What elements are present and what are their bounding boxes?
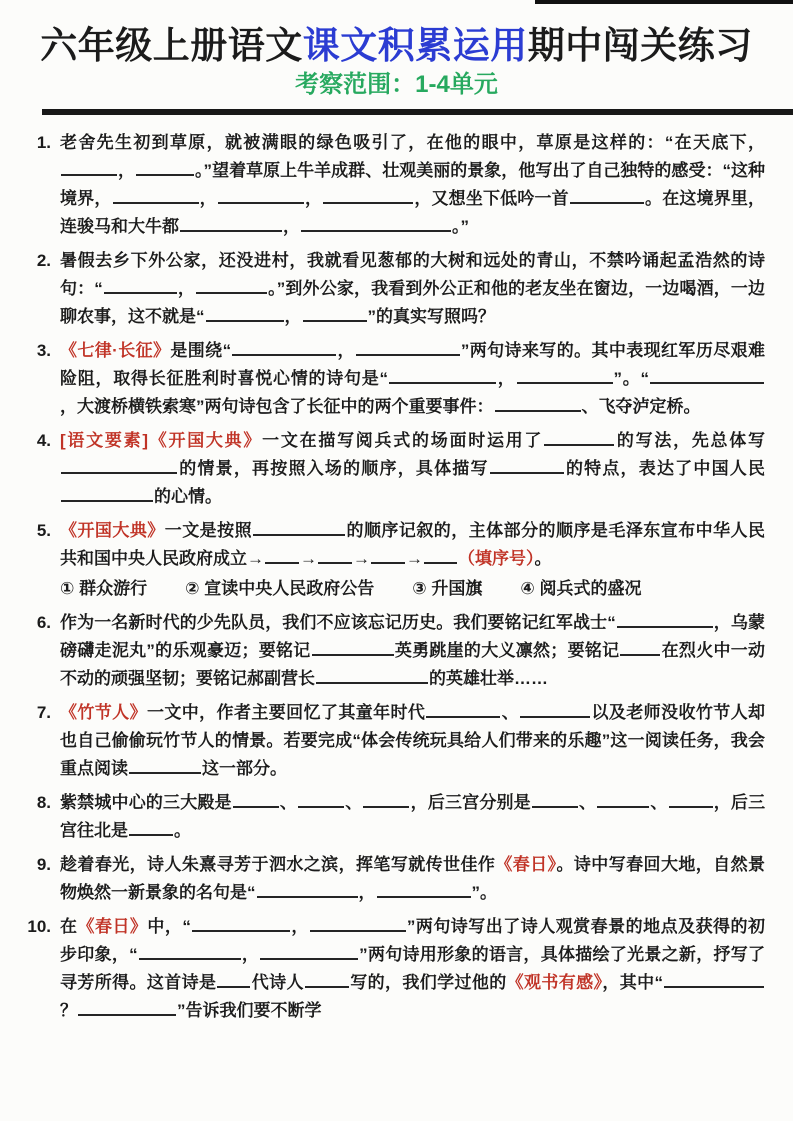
question-text: ？ [60, 1001, 77, 1020]
question-item: 3.《七律·长征》是围绕“，”两句诗来写的。其中表现红军历尽艰难险阻，取得长征胜… [24, 337, 765, 421]
question-text: ，其中“ [602, 973, 663, 992]
title-part1: 六年级上册语文 [40, 25, 303, 66]
blank-line [377, 883, 471, 898]
blank-line [305, 973, 349, 988]
question-number: 9. [24, 851, 60, 879]
question-item: 9.趁着春光，诗人朱熹寻芳于泗水之滨，挥笔写就传世佳作《春日》。诗中写春回大地，… [24, 851, 765, 907]
question-number: 7. [24, 699, 60, 727]
blank-line [196, 279, 267, 294]
blank-line [495, 397, 581, 412]
question-text: 的英雄壮举…… [429, 669, 548, 688]
option-item: ④ 阅兵式的盛况 [520, 575, 641, 603]
blank-line [532, 793, 578, 808]
blank-line [363, 793, 409, 808]
scan-artifact-line [535, 0, 793, 4]
question-text: → [353, 549, 370, 568]
question-text: 、飞夺泸定桥。 [582, 397, 701, 416]
question-text: ，又想坐下低吟一首 [414, 189, 569, 208]
question-text: ， [242, 945, 260, 964]
blank-line [129, 759, 201, 774]
question-text: 在 [60, 917, 77, 936]
question-body: 在《春日》中，“，”两句诗写出了诗人观赏春景的地点及获得的初步印象，“，”两句诗… [60, 913, 765, 1025]
blank-line [650, 369, 764, 384]
question-text: ， [118, 161, 135, 180]
question-text: 《春日》 [495, 855, 556, 874]
question-text: 这一部分。 [202, 759, 287, 778]
question-text: 《开国大典》 [60, 521, 165, 540]
question-text: 作为一名新时代的少先队员，我们不应该忘记历史。我们要铭记红军战士“ [60, 613, 616, 632]
blank-line [316, 669, 428, 684]
option-item: ① 群众游行 [60, 575, 147, 603]
blank-line [218, 189, 304, 204]
blank-line [544, 431, 614, 446]
question-text: 是围绕“ [170, 341, 231, 360]
question-number: 1. [24, 129, 60, 157]
blank-line [424, 549, 457, 564]
question-text: ， [200, 189, 217, 208]
question-text: ， [283, 217, 300, 236]
blank-line [310, 917, 406, 932]
worksheet-page: 六年级上册语文课文积累运用期中闯关练习 考察范围：1-4单元 1.老舍先生初到草… [0, 0, 793, 1121]
question-item: 2.暑假去乡下外公家，还没进村，我就看见葱郁的大树和远处的青山，不禁吟诵起孟浩然… [24, 247, 765, 331]
blank-line [136, 161, 194, 176]
blank-line [323, 189, 413, 204]
blank-line [570, 189, 644, 204]
blank-line [389, 369, 496, 384]
question-body: 《七律·长征》是围绕“，”两句诗来写的。其中表现红军历尽艰难险阻，取得长征胜利时… [60, 337, 765, 421]
blank-line [104, 279, 177, 294]
question-text: 、 [345, 793, 362, 812]
blank-line [232, 341, 336, 356]
blank-line [318, 549, 352, 564]
question-item: 7.《竹节人》一文中，作者主要回忆了其童年时代、以及老师没收竹节人却也自己偷偷玩… [24, 699, 765, 783]
question-text: 《竹节人》 [60, 703, 147, 722]
blank-line [265, 549, 299, 564]
blank-line [192, 917, 290, 932]
question-body: 作为一名新时代的少先队员，我们不应该忘记历史。我们要铭记红军战士“，乌蒙磅礴走泥… [60, 609, 765, 693]
blank-line [426, 703, 500, 718]
option-item: ③ 升国旗 [412, 575, 482, 603]
question-text: 、 [650, 793, 667, 812]
question-body: 暑假去乡下外公家，还没进村，我就看见葱郁的大树和远处的青山，不禁吟诵起孟浩然的诗… [60, 247, 765, 331]
question-text: → [406, 549, 423, 568]
question-text: 《观书有感》 [507, 973, 603, 992]
question-item: 5.《开国大典》一文是按照的顺序记叙的，主体部分的顺序是毛泽东宣布中华人民共和国… [24, 517, 765, 603]
question-number: 3. [24, 337, 60, 365]
question-number: 4. [24, 427, 60, 455]
question-text: 紫禁城中心的三大殿是 [60, 793, 232, 812]
blank-line [253, 521, 345, 536]
blank-line [129, 821, 173, 836]
question-text: ， [359, 883, 376, 902]
question-text: 。” [452, 217, 469, 236]
blank-line [180, 217, 282, 232]
question-text: 。 [174, 821, 191, 840]
title-highlight: 课文积累运用 [303, 25, 528, 66]
question-text: ”的真实写照吗？ [368, 307, 496, 326]
question-text: ， [285, 307, 302, 326]
question-item: 1.老舍先生初到草原，就被满眼的绿色吸引了，在他的眼中，草原是这样的：“在天底下… [24, 129, 765, 241]
question-body: [语文要素]《开国大典》一文在描写阅兵式的场面时运用了的写法，先总体写的情景，再… [60, 427, 765, 511]
question-text: 写的，我们学过他的 [350, 973, 507, 992]
blank-line [490, 459, 564, 474]
question-text: 的特点，表达了中国人民 [565, 459, 765, 478]
question-text: 中，“ [147, 917, 190, 936]
question-number: 8. [24, 789, 60, 817]
blank-line [620, 641, 660, 656]
question-text: 。 [535, 549, 552, 568]
question-text: 、 [280, 793, 297, 812]
question-text: 、 [579, 793, 596, 812]
question-text: ，后三宫分别是 [410, 793, 530, 812]
question-body: 老舍先生初到草原，就被满眼的绿色吸引了，在他的眼中，草原是这样的：“在天底下，，… [60, 129, 765, 241]
question-text: 一文中，作者主要回忆了其童年时代 [147, 703, 425, 722]
subtitle: 考察范围：1-4单元 [0, 71, 793, 100]
question-number: 2. [24, 247, 60, 275]
question-text: ， [337, 341, 355, 360]
question-number: 5. [24, 517, 60, 545]
blank-line [298, 793, 344, 808]
option-item: ② 宣读中央人民政府公告 [185, 575, 374, 603]
question-text: ， [497, 369, 516, 388]
question-text: 老舍先生初到草原，就被满眼的绿色吸引了，在他的眼中，草原是这样的：“在天底下， [60, 133, 765, 152]
question-text: ， [291, 917, 309, 936]
question-list: 1.老舍先生初到草原，就被满眼的绿色吸引了，在他的眼中，草原是这样的：“在天底下… [0, 115, 793, 1025]
question-item: 10.在《春日》中，“，”两句诗写出了诗人观赏春景的地点及获得的初步印象，“，”… [24, 913, 765, 1025]
question-text: 一文在描写阅兵式的场面时运用了 [262, 431, 543, 450]
blank-line [520, 703, 590, 718]
question-text: 英勇跳崖的大义凛然；要铭记 [395, 641, 620, 660]
question-text: 代诗人 [251, 973, 304, 992]
blank-line [303, 307, 367, 322]
blank-line [61, 459, 177, 474]
blank-line [217, 973, 250, 988]
question-text: 《春日》 [77, 917, 147, 936]
question-text: ，大渡桥横铁索寒”两句诗包含了长征中的两个重要事件： [60, 397, 494, 416]
blank-line [597, 793, 649, 808]
question-number: 6. [24, 609, 60, 637]
question-text: 的写法，先总体写 [615, 431, 765, 450]
question-item: 6.作为一名新时代的少先队员，我们不应该忘记历史。我们要铭记红军战士“，乌蒙磅礴… [24, 609, 765, 693]
question-text: 《开国大典》 [148, 431, 262, 450]
blank-line [78, 1001, 176, 1016]
blank-line [301, 217, 451, 232]
question-item: 8.紫禁城中心的三大殿是、、，后三宫分别是、、，后三宫往北是。 [24, 789, 765, 845]
blank-line [312, 641, 394, 656]
question-text: ”告诉我们要不断学 [177, 1001, 322, 1020]
blank-line [113, 189, 199, 204]
question-body: 趁着春光，诗人朱熹寻芳于泗水之滨，挥笔写就传世佳作《春日》。诗中写春回大地，自然… [60, 851, 765, 907]
question-text: ， [305, 189, 322, 208]
blank-line [371, 549, 405, 564]
question-body: 紫禁城中心的三大殿是、、，后三宫分别是、、，后三宫往北是。 [60, 789, 765, 845]
blank-line [260, 945, 358, 960]
question-text: （填序号） [458, 549, 535, 568]
blank-line [664, 973, 764, 988]
question-text: ”。“ [614, 369, 650, 388]
question-text: 的心情。 [154, 487, 222, 506]
question-body: 《竹节人》一文中，作者主要回忆了其童年时代、以及老师没收竹节人却也自己偷偷玩竹节… [60, 699, 765, 783]
options-row: ① 群众游行② 宣读中央人民政府公告③ 升国旗④ 阅兵式的盛况 [60, 575, 765, 603]
page-title: 六年级上册语文课文积累运用期中闯关练习 [0, 24, 793, 68]
question-text: 、 [501, 703, 519, 722]
blank-line [61, 487, 153, 502]
question-text: 《七律·长征》 [60, 341, 170, 360]
title-part2: 期中闯关练习 [528, 25, 753, 66]
question-text: ， [178, 279, 195, 298]
question-text: 的情景，再按照入场的顺序，具体描写 [178, 459, 489, 478]
question-text: ”。 [472, 883, 498, 902]
blank-line [233, 793, 279, 808]
blank-line [517, 369, 613, 384]
blank-line [61, 161, 117, 176]
blank-line [257, 883, 358, 898]
worksheet-header: 六年级上册语文课文积累运用期中闯关练习 考察范围：1-4单元 [0, 0, 793, 100]
question-text: 一文是按照 [165, 521, 252, 540]
question-number: 10. [24, 913, 60, 941]
blank-line [139, 945, 241, 960]
question-body: 《开国大典》一文是按照的顺序记叙的，主体部分的顺序是毛泽东宣布中华人民共和国中央… [60, 517, 765, 603]
question-text: 趁着春光，诗人朱熹寻芳于泗水之滨，挥笔写就传世佳作 [60, 855, 495, 874]
question-text: → [300, 549, 317, 568]
blank-line [356, 341, 460, 356]
blank-line [206, 307, 284, 322]
question-item: 4.[语文要素]《开国大典》一文在描写阅兵式的场面时运用了的写法，先总体写的情景… [24, 427, 765, 511]
blank-line [617, 613, 713, 628]
blank-line [669, 793, 713, 808]
question-text: [语文要素] [60, 431, 148, 450]
